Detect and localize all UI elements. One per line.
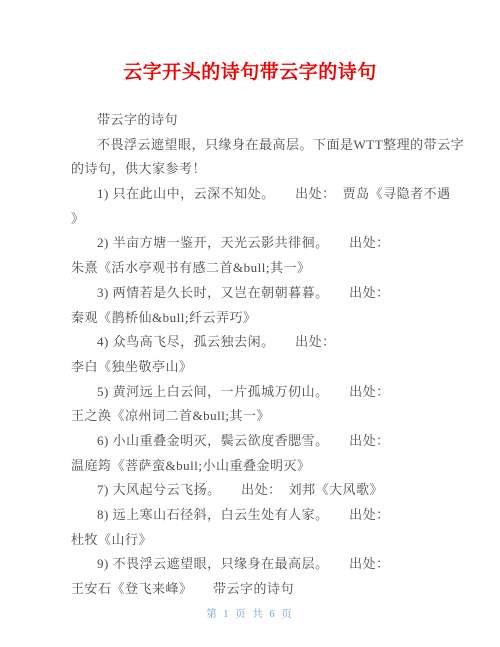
text-line: 温庭筠《菩萨蛮&bull;小山重叠金明灭》 xyxy=(71,454,460,479)
text-line: 9) 不畏浮云遮望眼，只缘身在最高层。 出处： xyxy=(71,552,460,577)
page-number-footer: 第 1 页 共 6 页 xyxy=(0,606,500,621)
text-line: 朱熹《活水亭观书有感二首&bull;其一》 xyxy=(71,256,460,281)
document-body: 带云字的诗句 不畏浮云遮望眼，只缘身在最高层。下面是WTT整理的带云字 的诗句，… xyxy=(0,108,500,602)
text-line: 3) 两情若是久长时，又岂在朝朝暮暮。 出处： xyxy=(71,281,460,306)
document-page: 云字开头的诗句带云字的诗句 带云字的诗句 不畏浮云遮望眼，只缘身在最高层。下面是… xyxy=(0,0,500,647)
text-line: 带云字的诗句 xyxy=(71,108,460,133)
text-line: 秦观《鹊桥仙&bull;纤云弄巧》 xyxy=(71,306,460,331)
text-line: 王安石《登飞来峰》 带云字的诗句 xyxy=(71,577,460,602)
text-line: 6) 小山重叠金明灭，鬓云欲度香腮雪。 出处： xyxy=(71,429,460,454)
text-line: 4) 众鸟高飞尽，孤云独去闲。 出处： xyxy=(71,330,460,355)
text-line: 杜牧《山行》 xyxy=(71,528,460,553)
text-line: 1) 只在此山中，云深不知处。 出处： 贾岛《寻隐者不遇 xyxy=(71,182,460,207)
text-line: 李白《独坐敬亭山》 xyxy=(71,355,460,380)
text-line: 的诗句，供大家参考！ xyxy=(71,157,460,182)
text-line: 8) 远上寒山石径斜，白云生处有人家。 出处： xyxy=(71,503,460,528)
text-line: 》 xyxy=(71,207,460,232)
text-line: 2) 半亩方塘一鉴开，天光云影共徘徊。 出处： xyxy=(71,231,460,256)
page-title: 云字开头的诗句带云字的诗句 xyxy=(0,0,500,84)
text-line: 7) 大风起兮云飞扬。 出处： 刘邦《大风歌》 xyxy=(71,478,460,503)
text-line: 不畏浮云遮望眼，只缘身在最高层。下面是WTT整理的带云字 xyxy=(71,133,460,158)
text-line: 王之涣《凉州词二首&bull;其一》 xyxy=(71,404,460,429)
text-line: 5) 黄河远上白云间，一片孤城万仞山。 出处： xyxy=(71,380,460,405)
